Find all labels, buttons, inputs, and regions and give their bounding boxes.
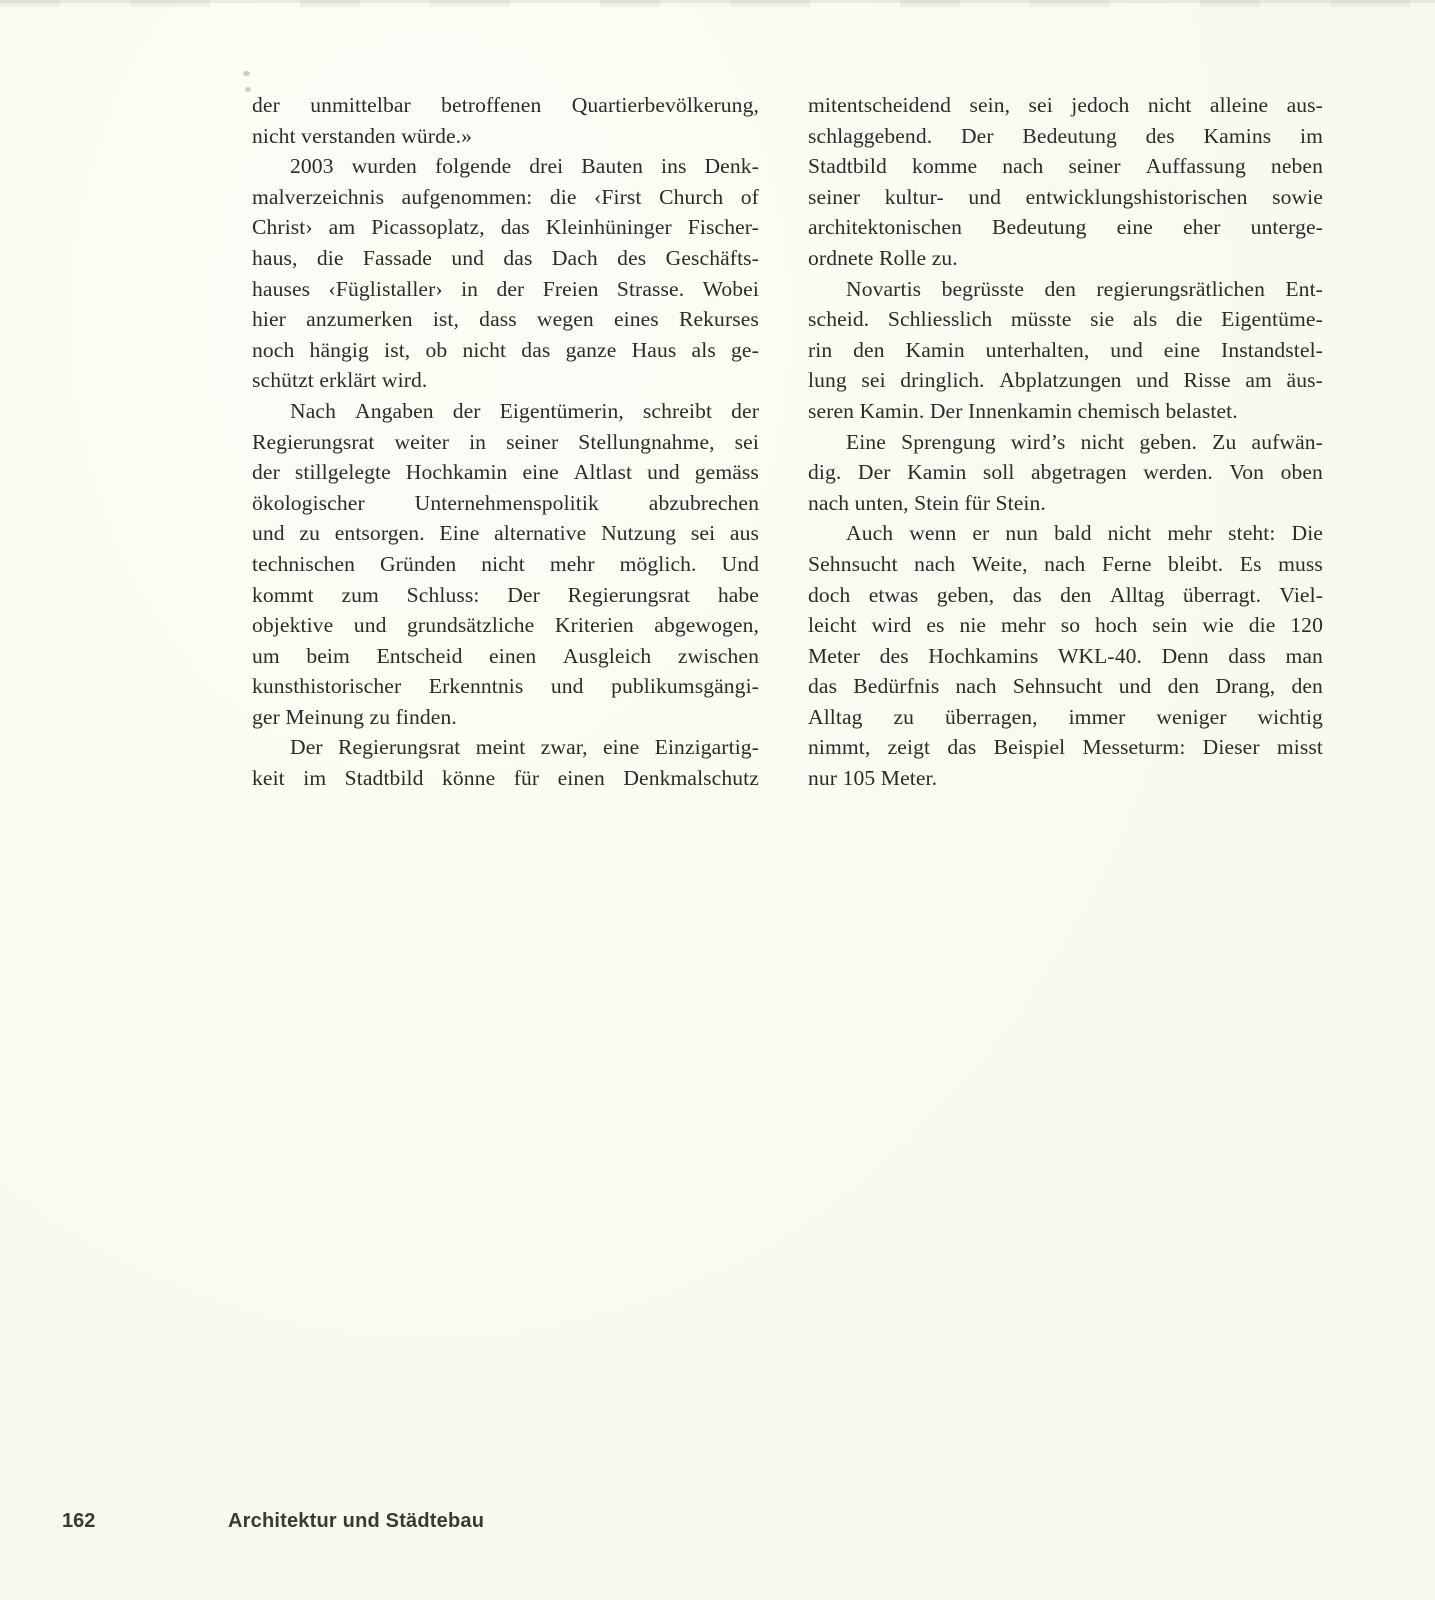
scanned-book-page: derunmittelbarbetroffenenQuartierbevölke… xyxy=(0,0,1435,1600)
running-section-title: Architektur und Städtebau xyxy=(228,1506,484,1536)
text-line: EineSprengungwird’snichtgeben.Zuaufwän- xyxy=(808,427,1323,458)
text-line: objektiveundgrundsätzlicheKriterienabgew… xyxy=(252,610,759,641)
text-line: rindenKaminunterhalten,undeineInstandste… xyxy=(808,335,1323,366)
text-line: Auchwennernunbaldnichtmehrsteht:Die xyxy=(808,518,1323,549)
paper-speck xyxy=(243,71,250,76)
text-line: umbeimEntscheideinenAusgleichzwischen xyxy=(252,641,759,672)
text-line: technischenGründennichtmehrmöglich.Und xyxy=(252,549,759,580)
text-line: dig.DerKaminsollabgetragenwerden.Vonoben xyxy=(808,457,1323,488)
text-line: 2003wurdenfolgendedreiBauteninsDenk- xyxy=(252,151,759,182)
text-line: NovartisbegrüsstedenregierungsrätlichenE… xyxy=(808,274,1323,305)
text-line: derstillgelegteHochkamineineAltlastundge… xyxy=(252,457,759,488)
text-line: ordnete Rolle zu. xyxy=(808,243,1323,274)
text-line: StadtbildkommenachseinerAuffassungneben xyxy=(808,151,1323,182)
text-line: haus,dieFassadeunddasDachdesGeschäfts- xyxy=(252,243,759,274)
text-line: nicht verstanden würde.» xyxy=(252,121,759,152)
text-line: kunsthistorischerErkenntnisundpublikumsg… xyxy=(252,671,759,702)
text-line: malverzeichnisaufgenommen:die‹FirstChurc… xyxy=(252,182,759,213)
text-line: Alltagzuüberragen,immerwenigerwichtig xyxy=(808,702,1323,733)
text-line: leichtwirdesniemehrsohochseinwiedie120 xyxy=(808,610,1323,641)
text-line: Christ›amPicassoplatz,dasKleinhüningerFi… xyxy=(252,212,759,243)
page-number: 162 xyxy=(62,1506,95,1536)
text-line: hauses‹Füglistaller›inderFreienStrasse.W… xyxy=(252,274,759,305)
text-column-right: mitentscheidendsein,seijedochnichtallein… xyxy=(808,90,1323,794)
text-line: architektonischenBedeutungeineeherunterg… xyxy=(808,212,1323,243)
text-line: keitimStadtbildkönnefüreinenDenkmalschut… xyxy=(252,763,759,794)
text-line: nimmt,zeigtdasBeispielMesseturm:Diesermi… xyxy=(808,732,1323,763)
text-line: seren Kamin. Der Innenkamin chemisch bel… xyxy=(808,396,1323,427)
text-column-left: derunmittelbarbetroffenenQuartierbevölke… xyxy=(252,90,759,794)
text-line: lungseidringlich.AbplatzungenundRisseamä… xyxy=(808,365,1323,396)
text-line: NachAngabenderEigentümerin,schreibtder xyxy=(252,396,759,427)
text-line: ökologischerUnternehmenspolitikabzubrech… xyxy=(252,488,759,519)
text-line: dasBedürfnisnachSehnsuchtunddenDrang,den xyxy=(808,671,1323,702)
text-line: dochetwasgeben,dasdenAlltagüberragt.Viel… xyxy=(808,580,1323,611)
text-line: ger Meinung zu finden. xyxy=(252,702,759,733)
text-line: nur 105 Meter. xyxy=(808,763,1323,794)
text-line: DerRegierungsratmeintzwar,eineEinzigarti… xyxy=(252,732,759,763)
text-line: kommtzumSchluss:DerRegierungsrathabe xyxy=(252,580,759,611)
text-line: hieranzumerkenist,dasswegeneinesRekurses xyxy=(252,304,759,335)
text-line: seinerkultur-undentwicklungshistorischen… xyxy=(808,182,1323,213)
paper-speck xyxy=(245,87,251,92)
text-line: nach unten, Stein für Stein. xyxy=(808,488,1323,519)
text-line: scheid.SchliesslichmüsstesiealsdieEigent… xyxy=(808,304,1323,335)
text-line: MeterdesHochkaminsWKL-40.Denndassman xyxy=(808,641,1323,672)
text-line: SehnsuchtnachWeite,nachFernebleibt.Esmus… xyxy=(808,549,1323,580)
text-line: derunmittelbarbetroffenenQuartierbevölke… xyxy=(252,90,759,121)
text-line: schützt erklärt wird. xyxy=(252,365,759,396)
scan-edge-artifact xyxy=(0,0,1435,7)
text-line: nochhängigist,obnichtdasganzeHausalsge- xyxy=(252,335,759,366)
text-line: RegierungsratweiterinseinerStellungnahme… xyxy=(252,427,759,458)
text-line: mitentscheidendsein,seijedochnichtallein… xyxy=(808,90,1323,121)
text-line: schlaggebend.DerBedeutungdesKaminsim xyxy=(808,121,1323,152)
text-line: undzuentsorgen.EinealternativeNutzungsei… xyxy=(252,518,759,549)
page-footer: 162 Architektur und Städtebau xyxy=(0,1506,1435,1538)
